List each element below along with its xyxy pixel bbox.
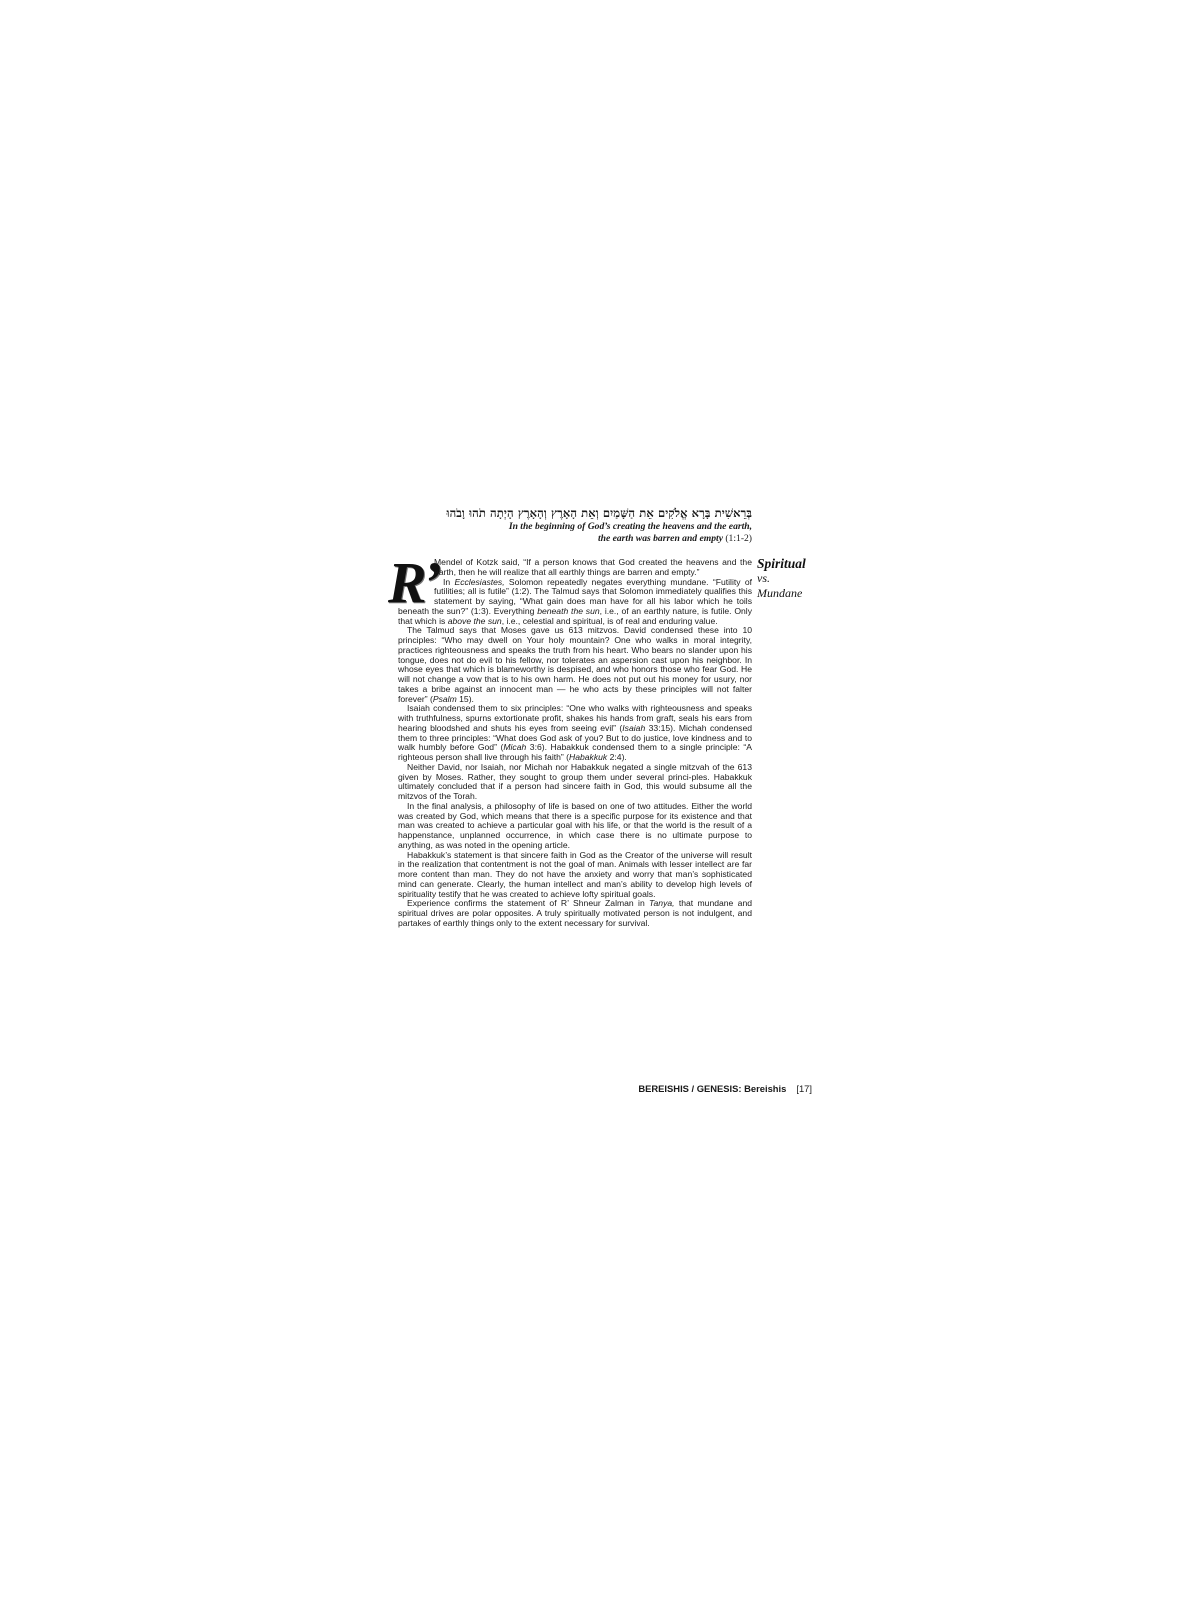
p7-text: Habakkuk’s statement is that sincere fai… [398,850,752,899]
paragraph-6: In the final analysis, a philosophy of l… [398,802,752,851]
verse-block: בְּרֵאשִׁית בָּרָא אֱלֹקִים אֵת הַשָּׁמַ… [420,506,752,545]
p6-text: In the final analysis, a philosophy of l… [398,801,752,850]
sidenote-line-1: Spiritual [757,556,827,571]
p4-title-micah: Micah [503,742,526,752]
p3-text-b: 15). [457,694,474,704]
page-number: [17] [796,1083,812,1094]
paragraph-1-text: Mendel of Kotzk said, “If a person knows… [434,557,752,577]
translation-line-1: In the beginning of God’s creating the h… [509,521,752,532]
page-footer: BEREISHIS / GENESIS: Bereishis[17] [560,1083,812,1095]
verse-translation: In the beginning of God’s creating the h… [420,521,752,545]
p3-text-a: The Talmud says that Moses gave us 613 m… [398,625,752,703]
paragraph-3: The Talmud says that Moses gave us 613 m… [398,626,752,704]
essay-body: R’ Mendel of Kotzk said, “If a person kn… [398,558,752,929]
p5-text: Neither David, nor Isaiah, nor Michah no… [398,762,752,801]
translation-line-2: the earth was barren and empty [598,533,723,544]
drop-cap: R’ [388,561,432,605]
paragraph-7: Habakkuk’s statement is that sincere fai… [398,851,752,900]
p4-title-habakkuk: Habakkuk [569,752,607,762]
running-head: BEREISHIS / GENESIS: Bereishis [638,1083,786,1094]
paragraph-1: Mendel of Kotzk said, “If a person knows… [398,558,752,578]
p8-text-a: Experience confirms the statement of R’ … [407,898,649,908]
paragraph-4: Isaiah condensed them to six principles:… [398,704,752,763]
p4-title-isaiah: Isaiah [622,723,645,733]
p2-text-a: In [443,577,454,587]
p2-text-d: , i.e., celestial and spiritual, is of r… [502,616,718,626]
p2-phrase-above: above the sun [448,616,502,626]
verse-reference: (1:1-2) [725,533,752,544]
p2-phrase-beneath: beneath the sun [537,606,599,616]
hebrew-verse: בְּרֵאשִׁית בָּרָא אֱלֹקִים אֵת הַשָּׁמַ… [420,506,752,520]
paragraph-8: Experience confirms the statement of R’ … [398,899,752,928]
paragraph-2: In Ecclesiastes, Solomon repeatedly nega… [398,578,752,627]
book-page: בְּרֵאשִׁית בָּרָא אֱלֹקִים אֵת הַשָּׁמַ… [0,0,1200,1600]
sidenote-line-3: Mundane [757,586,827,601]
p3-title-psalm: Psalm [433,694,457,704]
sidenote-heading: Spiritual vs. Mundane [757,556,827,601]
sidenote-line-2: vs. [757,571,827,586]
p2-title-ecclesiastes: Ecclesiastes, [454,577,504,587]
p8-title-tanya: Tanya, [649,898,674,908]
p4-text-d: 2:4). [607,752,627,762]
paragraph-5: Neither David, nor Isaiah, nor Michah no… [398,763,752,802]
